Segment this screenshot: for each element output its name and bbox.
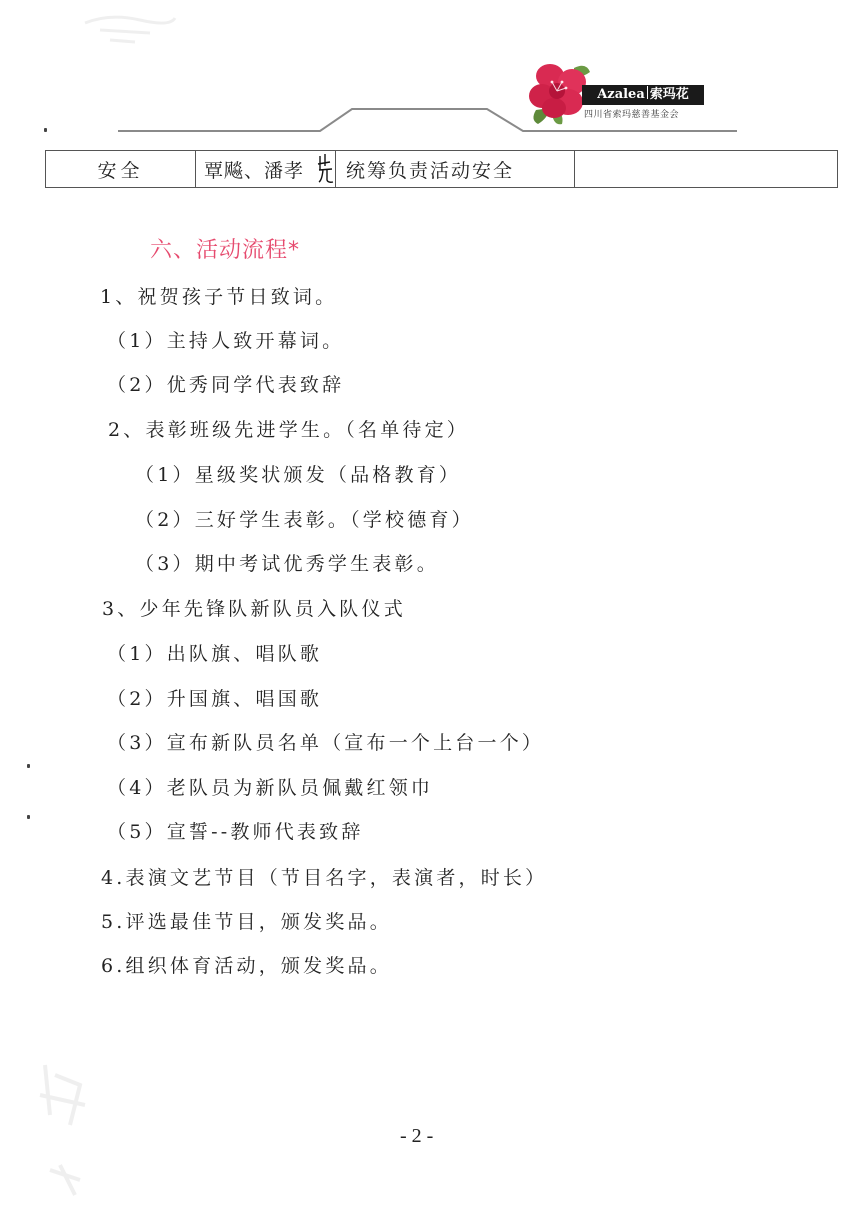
list-item: （2）优秀同学代表致辞: [107, 373, 344, 397]
table-cell-people: 覃飚、潘孝: [196, 151, 336, 188]
section-title: 六、活动流程*: [150, 233, 300, 264]
table-row: 安全 覃飚、潘孝 统筹负责活动安全: [46, 151, 838, 188]
list-item: 2、表彰班级先进学生。（名单待定）: [108, 418, 469, 442]
list-item: 5.评选最佳节目，颁发奖品。: [101, 910, 392, 934]
scan-dot: [27, 764, 30, 768]
handwritten-annotation: [316, 152, 336, 188]
list-item: （2）升国旗、唱国歌: [107, 687, 322, 711]
people-names: 覃飚、潘孝: [204, 160, 304, 182]
logo-brand-en: Azalea: [597, 87, 645, 102]
list-item: （1）出队旗、唱队歌: [107, 642, 322, 666]
logo-brand-banner: Azalea索玛花: [582, 85, 704, 105]
list-item: 6.组织体育活动，颁发奖品。: [101, 954, 392, 978]
header-divider-line: [0, 0, 860, 140]
staff-role-table: 安全 覃飚、潘孝 统筹负责活动安全: [45, 150, 838, 188]
document-page: Azalea索玛花 四川省索玛慈善基金会 安全 覃飚、潘孝 统筹负责活动安全 六…: [0, 0, 860, 1218]
table-cell-duty: 统筹负责活动安全: [336, 151, 575, 188]
table-cell-role: 安全: [46, 151, 196, 188]
list-item: 4.表演文艺节目（节目名字，表演者，时长）: [101, 866, 547, 890]
scan-dot: [27, 815, 30, 819]
list-item: （3）宣布新队员名单（宣布一个上台一个）: [107, 731, 544, 755]
list-item: 1、祝贺孩子节日致词。: [100, 285, 337, 309]
logo-brand-cn: 索玛花: [650, 87, 689, 102]
bleed-through-mark: [30, 1055, 100, 1205]
logo-separator: [647, 86, 648, 99]
list-item: （1）星级奖状颁发（品格教育）: [135, 463, 461, 487]
list-item: （1）主持人致开幕词。: [107, 329, 344, 353]
list-item: 3、少年先锋队新队员入队仪式: [102, 597, 406, 621]
logo-organization-name: 四川省索玛慈善基金会: [584, 107, 714, 120]
scan-dot: [44, 128, 47, 132]
list-item: （4）老队员为新队员佩戴红领巾: [107, 776, 433, 800]
foundation-logo: Azalea索玛花 四川省索玛慈善基金会: [526, 58, 716, 128]
page-number: - 2 -: [400, 1125, 433, 1148]
list-item: （5）宣誓--教师代表致辞: [107, 820, 364, 844]
table-cell-note: [575, 151, 838, 188]
list-item: （3）期中考试优秀学生表彰。: [135, 552, 439, 576]
list-item: （2）三好学生表彰。（学校德育）: [135, 508, 474, 532]
